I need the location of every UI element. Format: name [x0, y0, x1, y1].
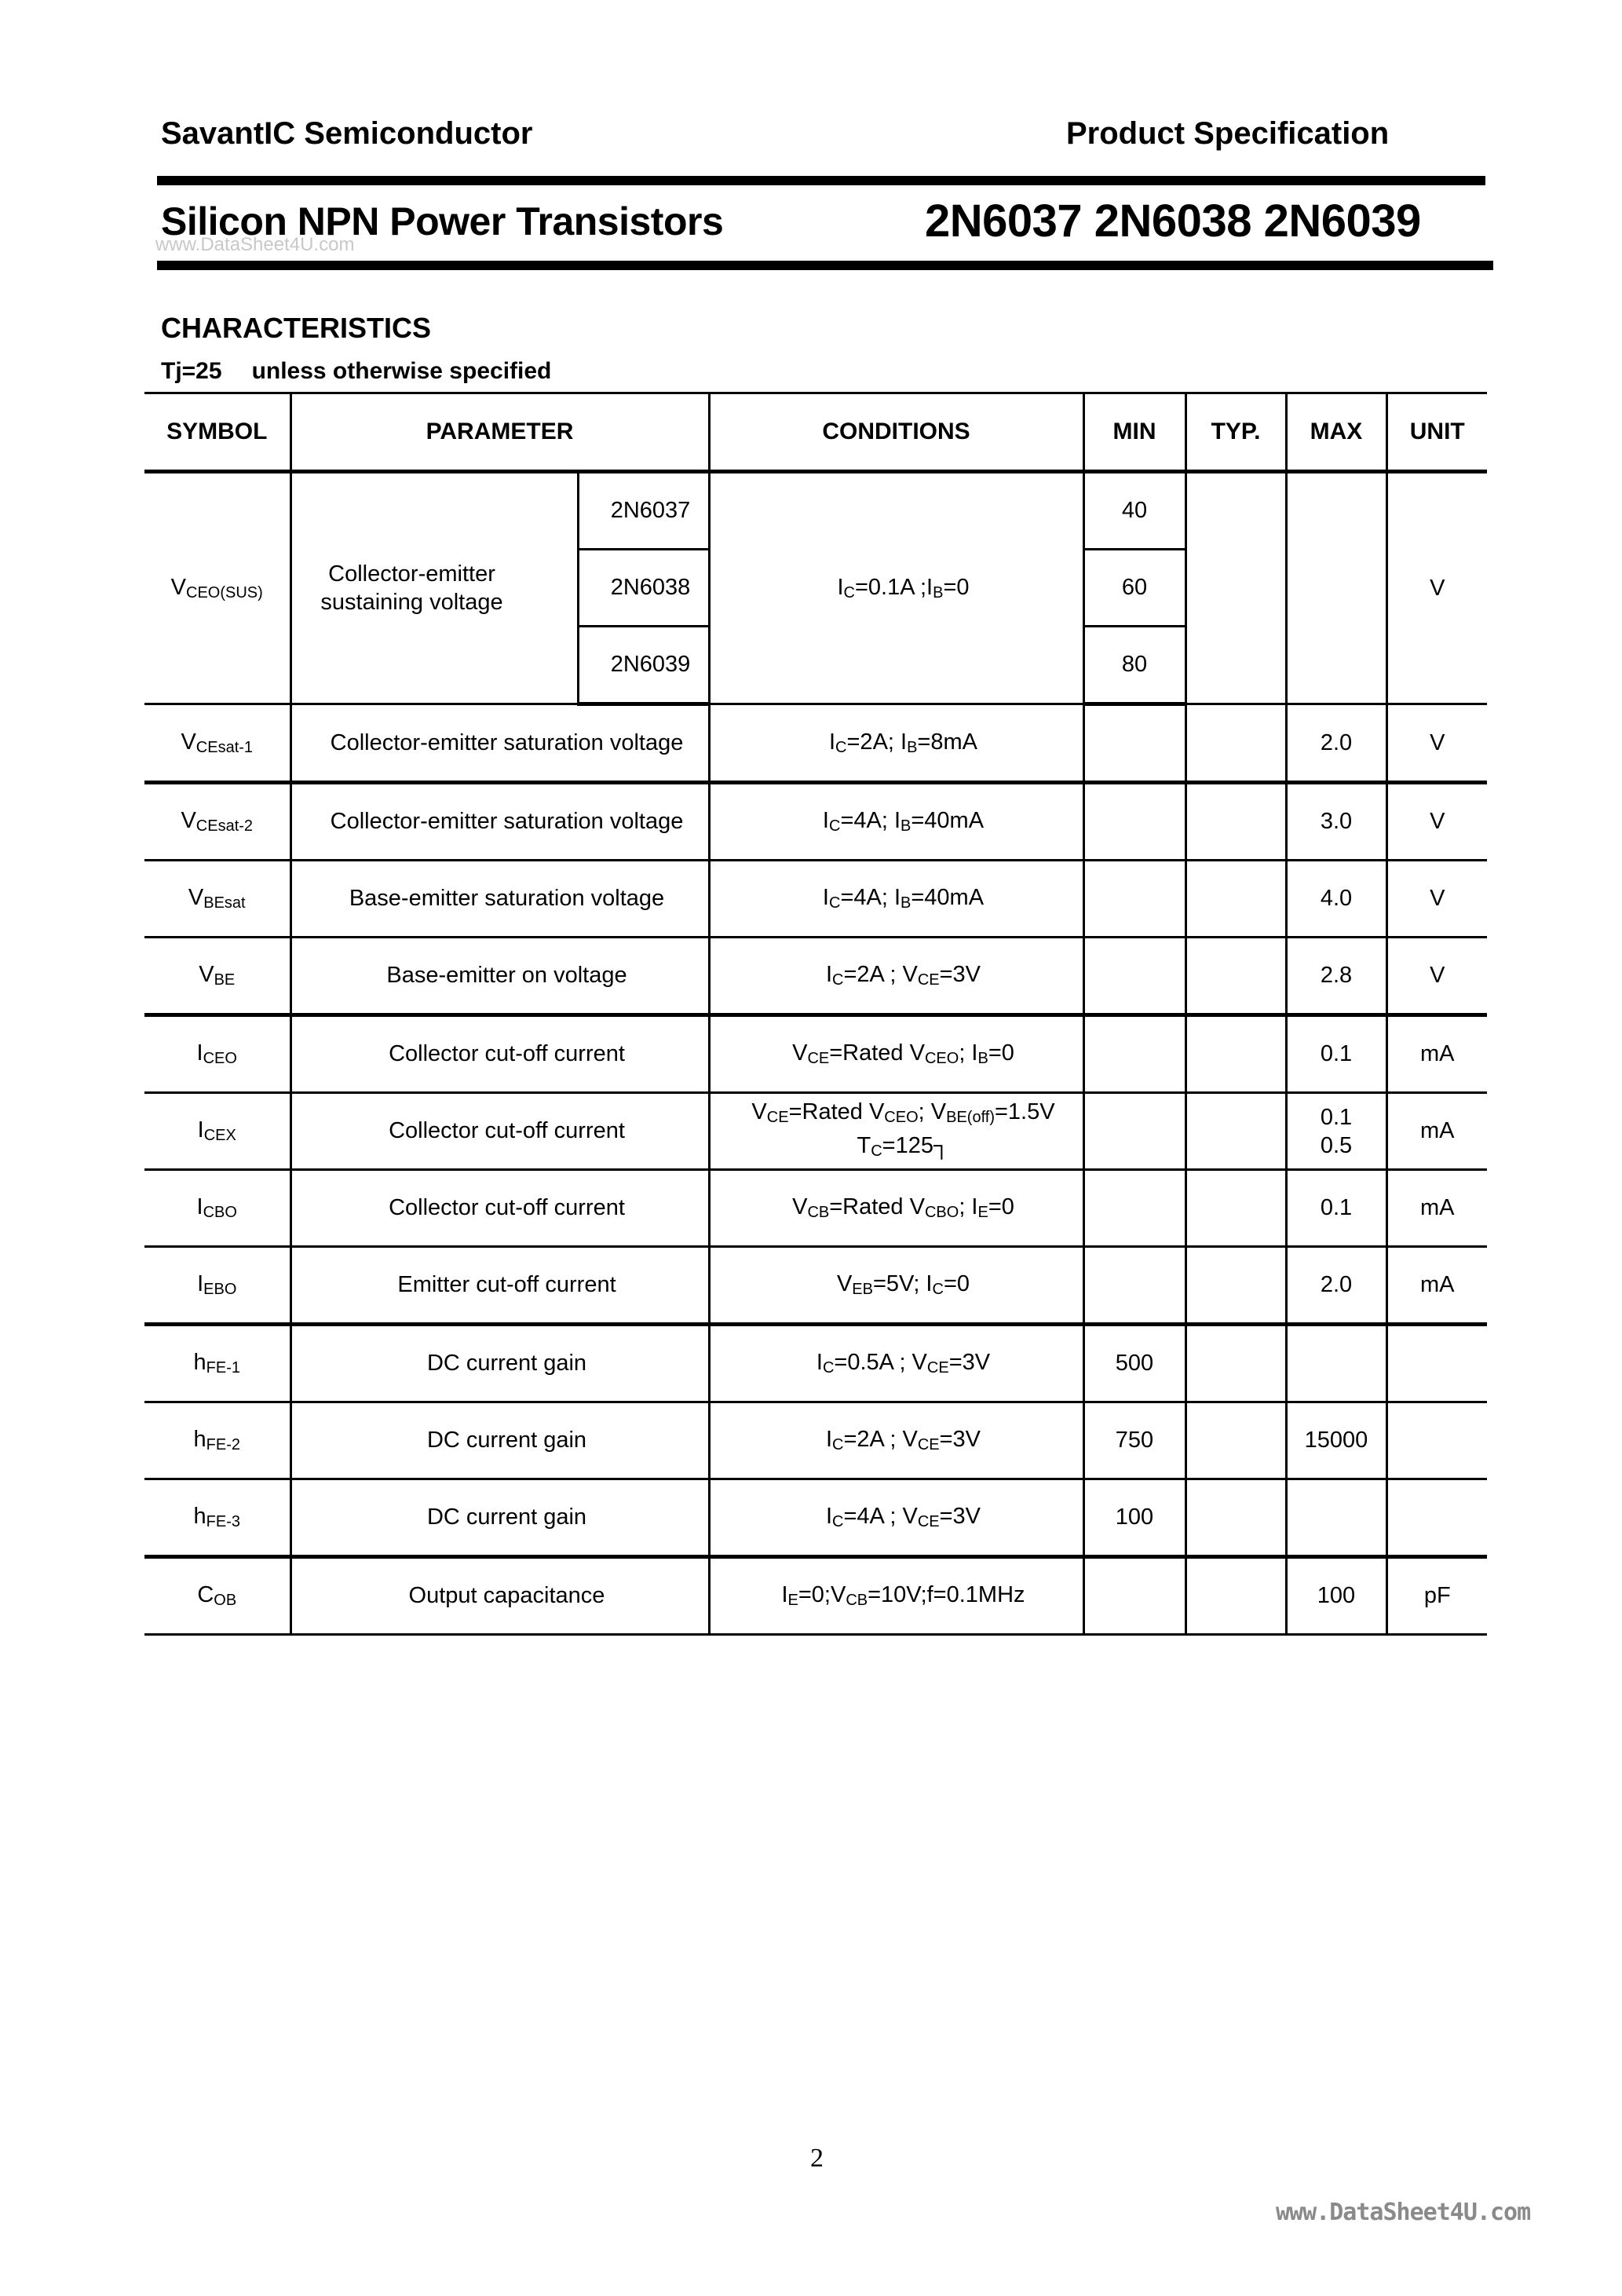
table-row: VCEsat-1Collector-emitter saturation vol…	[144, 704, 1487, 783]
table-row: ICBOCollector cut-off currentVCB=Rated V…	[144, 1170, 1487, 1247]
unit-cell: V	[1386, 938, 1487, 1015]
header-max: MAX	[1286, 393, 1386, 472]
part-numbers-title: 2N6037 2N6038 2N6039	[925, 195, 1421, 247]
unit-cell: V	[1386, 783, 1487, 861]
min-cell	[1083, 1247, 1185, 1325]
typ-cell	[1185, 1170, 1286, 1247]
typ-cell	[1185, 472, 1286, 704]
header-min: MIN	[1083, 393, 1185, 472]
min-cell: 40	[1083, 472, 1185, 550]
conditions-cell: IC=0.5A ; VCE=3V	[709, 1325, 1083, 1402]
table-row: VBEsatBase-emitter saturation voltageIC=…	[144, 861, 1487, 938]
conditions-cell: IC=2A ; VCE=3V	[709, 938, 1083, 1015]
unit-cell: V	[1386, 704, 1487, 783]
typ-cell	[1185, 1093, 1286, 1170]
unit-cell: mA	[1386, 1247, 1487, 1325]
parameter-cell: Base-emitter on voltage	[290, 938, 709, 1015]
min-cell: 60	[1083, 550, 1185, 627]
parameter-cell: Collector-emitter sustaining voltage	[290, 472, 578, 704]
watermark-bottom: www.DataSheet4U.com	[1276, 2199, 1530, 2226]
part-variant-cell: 2N6037	[578, 472, 709, 550]
min-cell	[1083, 938, 1185, 1015]
symbol-cell: VCEsat-1	[144, 704, 290, 783]
min-cell	[1083, 1015, 1185, 1093]
typ-cell	[1185, 1479, 1286, 1557]
parameter-cell: Base-emitter saturation voltage	[290, 861, 709, 938]
header-symbol: SYMBOL	[144, 393, 290, 472]
part-variant-cell: 2N6038	[578, 550, 709, 627]
max-cell: 4.0	[1286, 861, 1386, 938]
header-divider-top	[157, 176, 1485, 185]
typ-cell	[1185, 1015, 1286, 1093]
max-cell: 100	[1286, 1557, 1386, 1635]
table-row: hFE-2DC current gainIC=2A ; VCE=3V750150…	[144, 1402, 1487, 1479]
symbol-cell: VBE	[144, 938, 290, 1015]
unit-cell: pF	[1386, 1557, 1487, 1635]
max-cell	[1286, 1479, 1386, 1557]
conditions-cell: VEB=5V; IC=0	[709, 1247, 1083, 1325]
symbol-cell: ICEX	[144, 1093, 290, 1170]
max-cell: 0.1	[1286, 1170, 1386, 1247]
table-row: IEBOEmitter cut-off currentVEB=5V; IC=02…	[144, 1247, 1487, 1325]
table-row: VBEBase-emitter on voltageIC=2A ; VCE=3V…	[144, 938, 1487, 1015]
conditions-cell: IC=4A ; VCE=3V	[709, 1479, 1083, 1557]
table-row: hFE-1DC current gainIC=0.5A ; VCE=3V500	[144, 1325, 1487, 1402]
table-row: ICEOCollector cut-off currentVCE=Rated V…	[144, 1015, 1487, 1093]
table-row: hFE-3DC current gainIC=4A ; VCE=3V100	[144, 1479, 1487, 1557]
table-header-row: SYMBOL PARAMETER CONDITIONS MIN TYP. MAX…	[144, 393, 1487, 472]
max-cell: 3.0	[1286, 783, 1386, 861]
header-typ: TYP.	[1185, 393, 1286, 472]
parameter-cell: Collector cut-off current	[290, 1170, 709, 1247]
parameter-cell: DC current gain	[290, 1325, 709, 1402]
min-cell: 500	[1083, 1325, 1185, 1402]
symbol-cell: ICEO	[144, 1015, 290, 1093]
symbol-cell: hFE-3	[144, 1479, 290, 1557]
parameter-cell: Emitter cut-off current	[290, 1247, 709, 1325]
parameter-cell: DC current gain	[290, 1402, 709, 1479]
parameter-cell: Output capacitance	[290, 1557, 709, 1635]
header-divider-bottom	[157, 261, 1493, 270]
characteristics-table: SYMBOL PARAMETER CONDITIONS MIN TYP. MAX…	[144, 392, 1487, 1636]
typ-cell	[1185, 1247, 1286, 1325]
typ-cell	[1185, 861, 1286, 938]
max-cell: 2.0	[1286, 1247, 1386, 1325]
typ-cell	[1185, 1402, 1286, 1479]
conditions-cell: VCB=Rated VCBO; IE=0	[709, 1170, 1083, 1247]
min-cell	[1083, 1093, 1185, 1170]
max-cell: 0.10.5	[1286, 1093, 1386, 1170]
unit-cell	[1386, 1402, 1487, 1479]
part-variant-cell: 2N6039	[578, 627, 709, 704]
table-row: COBOutput capacitanceIE=0;VCB=10V;f=0.1M…	[144, 1557, 1487, 1635]
min-cell	[1083, 861, 1185, 938]
typ-cell	[1185, 783, 1286, 861]
symbol-cell: ICBO	[144, 1170, 290, 1247]
condition-prefix: Tj=25	[161, 358, 222, 384]
condition-suffix: unless otherwise specified	[252, 358, 552, 384]
typ-cell	[1185, 1325, 1286, 1402]
conditions-cell: IC=4A; IB=40mA	[709, 783, 1083, 861]
parameter-cell: DC current gain	[290, 1479, 709, 1557]
min-cell	[1083, 1557, 1185, 1635]
min-cell	[1083, 783, 1185, 861]
header-conditions: CONDITIONS	[709, 393, 1083, 472]
symbol-cell: hFE-1	[144, 1325, 290, 1402]
min-cell	[1083, 1170, 1185, 1247]
company-name: SavantIC Semiconductor	[161, 116, 532, 152]
max-cell: 2.8	[1286, 938, 1386, 1015]
symbol-cell: COB	[144, 1557, 290, 1635]
test-condition-note: Tj=25unless otherwise specified	[161, 358, 551, 385]
unit-cell: mA	[1386, 1015, 1487, 1093]
unit-cell: V	[1386, 861, 1487, 938]
conditions-cell: IC=4A; IB=40mA	[709, 861, 1083, 938]
unit-cell: mA	[1386, 1093, 1487, 1170]
page-number: 2	[810, 2144, 824, 2174]
max-cell	[1286, 472, 1386, 704]
table-row: VCEO(SUS) Collector-emitter sustaining v…	[144, 472, 1487, 550]
typ-cell	[1185, 938, 1286, 1015]
conditions-cell: IE=0;VCB=10V;f=0.1MHz	[709, 1557, 1083, 1635]
symbol-cell: VCEsat-2	[144, 783, 290, 861]
max-cell: 2.0	[1286, 704, 1386, 783]
section-title: CHARACTERISTICS	[161, 312, 431, 345]
min-cell	[1083, 704, 1185, 783]
conditions-cell: IC=0.1A ;IB=0	[709, 472, 1083, 704]
typ-cell	[1185, 1557, 1286, 1635]
header-parameter: PARAMETER	[290, 393, 709, 472]
unit-cell: mA	[1386, 1170, 1487, 1247]
header-unit: UNIT	[1386, 393, 1487, 472]
unit-cell	[1386, 1479, 1487, 1557]
table-row: ICEXCollector cut-off currentVCE=Rated V…	[144, 1093, 1487, 1170]
symbol-cell: VCEO(SUS)	[144, 472, 290, 704]
watermark-top: www.DataSheet4U.com	[155, 234, 354, 256]
parameter-cell: Collector-emitter saturation voltage	[290, 704, 709, 783]
unit-cell	[1386, 1325, 1487, 1402]
parameter-cell: Collector cut-off current	[290, 1015, 709, 1093]
symbol-cell: IEBO	[144, 1247, 290, 1325]
symbol-cell: hFE-2	[144, 1402, 290, 1479]
min-cell: 750	[1083, 1402, 1185, 1479]
typ-cell	[1185, 704, 1286, 783]
max-cell: 0.1	[1286, 1015, 1386, 1093]
conditions-cell: VCE=Rated VCEO; VBE(off)=1.5VTC=125┐	[709, 1093, 1083, 1170]
parameter-cell: Collector-emitter saturation voltage	[290, 783, 709, 861]
conditions-cell: IC=2A ; VCE=3V	[709, 1402, 1083, 1479]
min-cell: 80	[1083, 627, 1185, 704]
conditions-cell: VCE=Rated VCEO; IB=0	[709, 1015, 1083, 1093]
unit-cell: V	[1386, 472, 1487, 704]
symbol-cell: VBEsat	[144, 861, 290, 938]
conditions-cell: IC=2A; IB=8mA	[709, 704, 1083, 783]
max-cell: 15000	[1286, 1402, 1386, 1479]
max-cell	[1286, 1325, 1386, 1402]
parameter-cell: Collector cut-off current	[290, 1093, 709, 1170]
min-cell: 100	[1083, 1479, 1185, 1557]
document-type: Product Specification	[1066, 116, 1389, 152]
table-row: VCEsat-2Collector-emitter saturation vol…	[144, 783, 1487, 861]
